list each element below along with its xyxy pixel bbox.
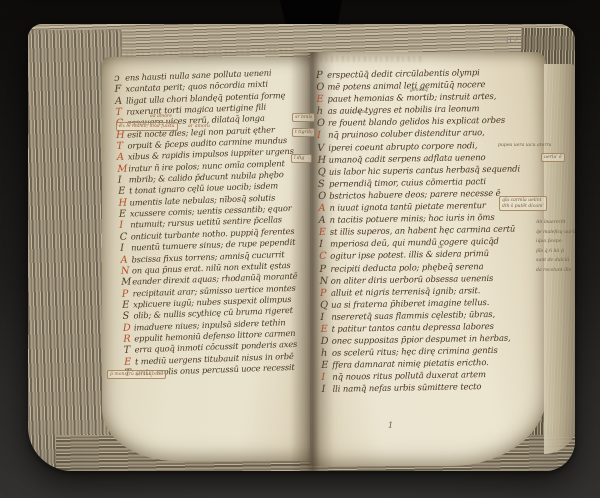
marginal-gloss: sr hmīs [292,113,315,122]
gloss-line: ut' [438,245,444,251]
gloss-line: ī dig [294,156,309,162]
line-initial: A [120,254,131,265]
gloss-line: dm̄ s̄ putēt dicam' [502,204,544,210]
line-initial: h [317,106,328,117]
marginal-gloss: pupea uera lacū aterra [498,143,551,149]
line-initial: C [120,231,131,242]
marginal-gloss: qīa carmīa uelintdm̄ s̄ putēt dicam' [499,196,547,211]
marginal-gloss: s. artē [352,110,367,116]
line-initial: P [320,287,331,298]
line-initial: h [321,348,332,359]
line-initial: D [321,336,332,347]
line-initial: I [317,130,328,141]
line-initial: N [320,275,331,286]
line-text: lli namq̄ nefas urbis sūmittere tecto [333,383,482,396]
marginal-gloss: ad amorē [150,114,172,120]
gloss-line: pupea uera lacū aterra [498,143,551,149]
gloss-line: q̄e maleficę uurū [536,228,575,238]
line-initial: S [122,311,133,322]
line-initial: E [321,360,332,371]
line-initial: I [319,239,330,250]
marginal-gloss: uerlu' ē [541,153,565,162]
line-initial: F [114,84,125,95]
line-initial: M [117,163,128,174]
marginal-gloss: p̄ monstrū uersus orbē [107,370,166,379]
line-initial: C [319,251,330,262]
gloss-line: qīa carmīa uelint [502,198,544,204]
line-initial: E [119,209,130,220]
recto-text-block: Perspectūq̄ dedit circūlabentis olympiOm… [316,66,536,396]
line-initial: O [318,191,329,202]
gloss-line: sunt de dulciū [536,256,575,266]
line-initial: E [118,186,129,197]
line-initial: P [122,288,133,299]
line-initial: D [123,322,134,333]
line-initial: T [124,345,135,356]
line-initial: I [321,372,332,383]
marginal-gloss: ut' [438,245,444,251]
ink-showthrough-right [320,56,424,62]
line-initial: E [316,94,327,105]
gloss-line: s. artē [352,110,367,116]
gloss-line: al' amorū [188,124,210,130]
gloss-line: t tigrib; [295,130,312,136]
marginal-gloss: genitūq̄ [410,88,428,94]
folio-number: 82 [506,36,519,46]
line-initial: N [121,265,132,276]
marginal-gloss: t tigrib; [292,128,315,137]
line-initial: Q [318,167,329,178]
marginal-gloss: Ex oī manib; illud fuistū [116,122,178,131]
line-initial: M [121,277,132,288]
quire-mark: 1 [388,421,393,430]
line-initial: E [320,324,331,335]
line-initial: E [319,227,330,238]
line-initial: P [319,263,330,274]
line-initial: E [124,356,135,367]
manuscript-photo: ɔens hausti nulla sane polluta ueneniFxc… [0,0,600,498]
line-initial: P [316,70,327,81]
line-initial: T [116,141,127,152]
gloss-line: ad amorē [150,114,172,120]
gloss-line: p̄ monstrū uersus orbē [110,372,163,378]
marginal-gloss: An inuererētq̄e maleficę uurūiq̄ua p̄cep… [536,218,575,276]
line-initial: S [318,179,329,190]
line-initial: I [321,384,332,395]
line-initial: A [319,215,330,226]
line-initial: A [318,203,329,214]
line-initial: H [118,197,129,208]
line-initial: I [120,243,131,254]
line-initial: A [115,95,126,106]
gloss-line: genitūq̄ [410,88,428,94]
line-initial: A [117,152,128,163]
line-initial: R [123,333,134,344]
gloss-line: da recolunt ille [536,266,575,276]
line-initial: V [317,142,328,153]
gloss-line: Ex oī manib; illud fuistū [119,124,175,130]
line-initial: I [118,175,129,186]
line-initial: T [115,107,126,118]
marginal-gloss: al' amorū [188,124,210,130]
gloss-line: iq̄ua p̄cepo [536,237,575,247]
line-initial: I [119,220,130,231]
line-initial: E [122,299,133,310]
line-initial: ɔ [114,73,125,84]
marginal-gloss: ī dig [291,154,312,163]
gloss-line: An inuererēt [536,218,575,228]
gloss-line: p̄īo q̄ ñ hii p̄ [536,247,575,257]
line-initial: O [316,82,327,93]
gloss-line: uerlu' ē [544,155,562,161]
line-initial: O [317,118,328,129]
line-initial: H [317,154,328,165]
line-initial: I [320,312,331,323]
gloss-line: sr hmīs [295,115,312,121]
line-initial: Q [320,300,331,311]
